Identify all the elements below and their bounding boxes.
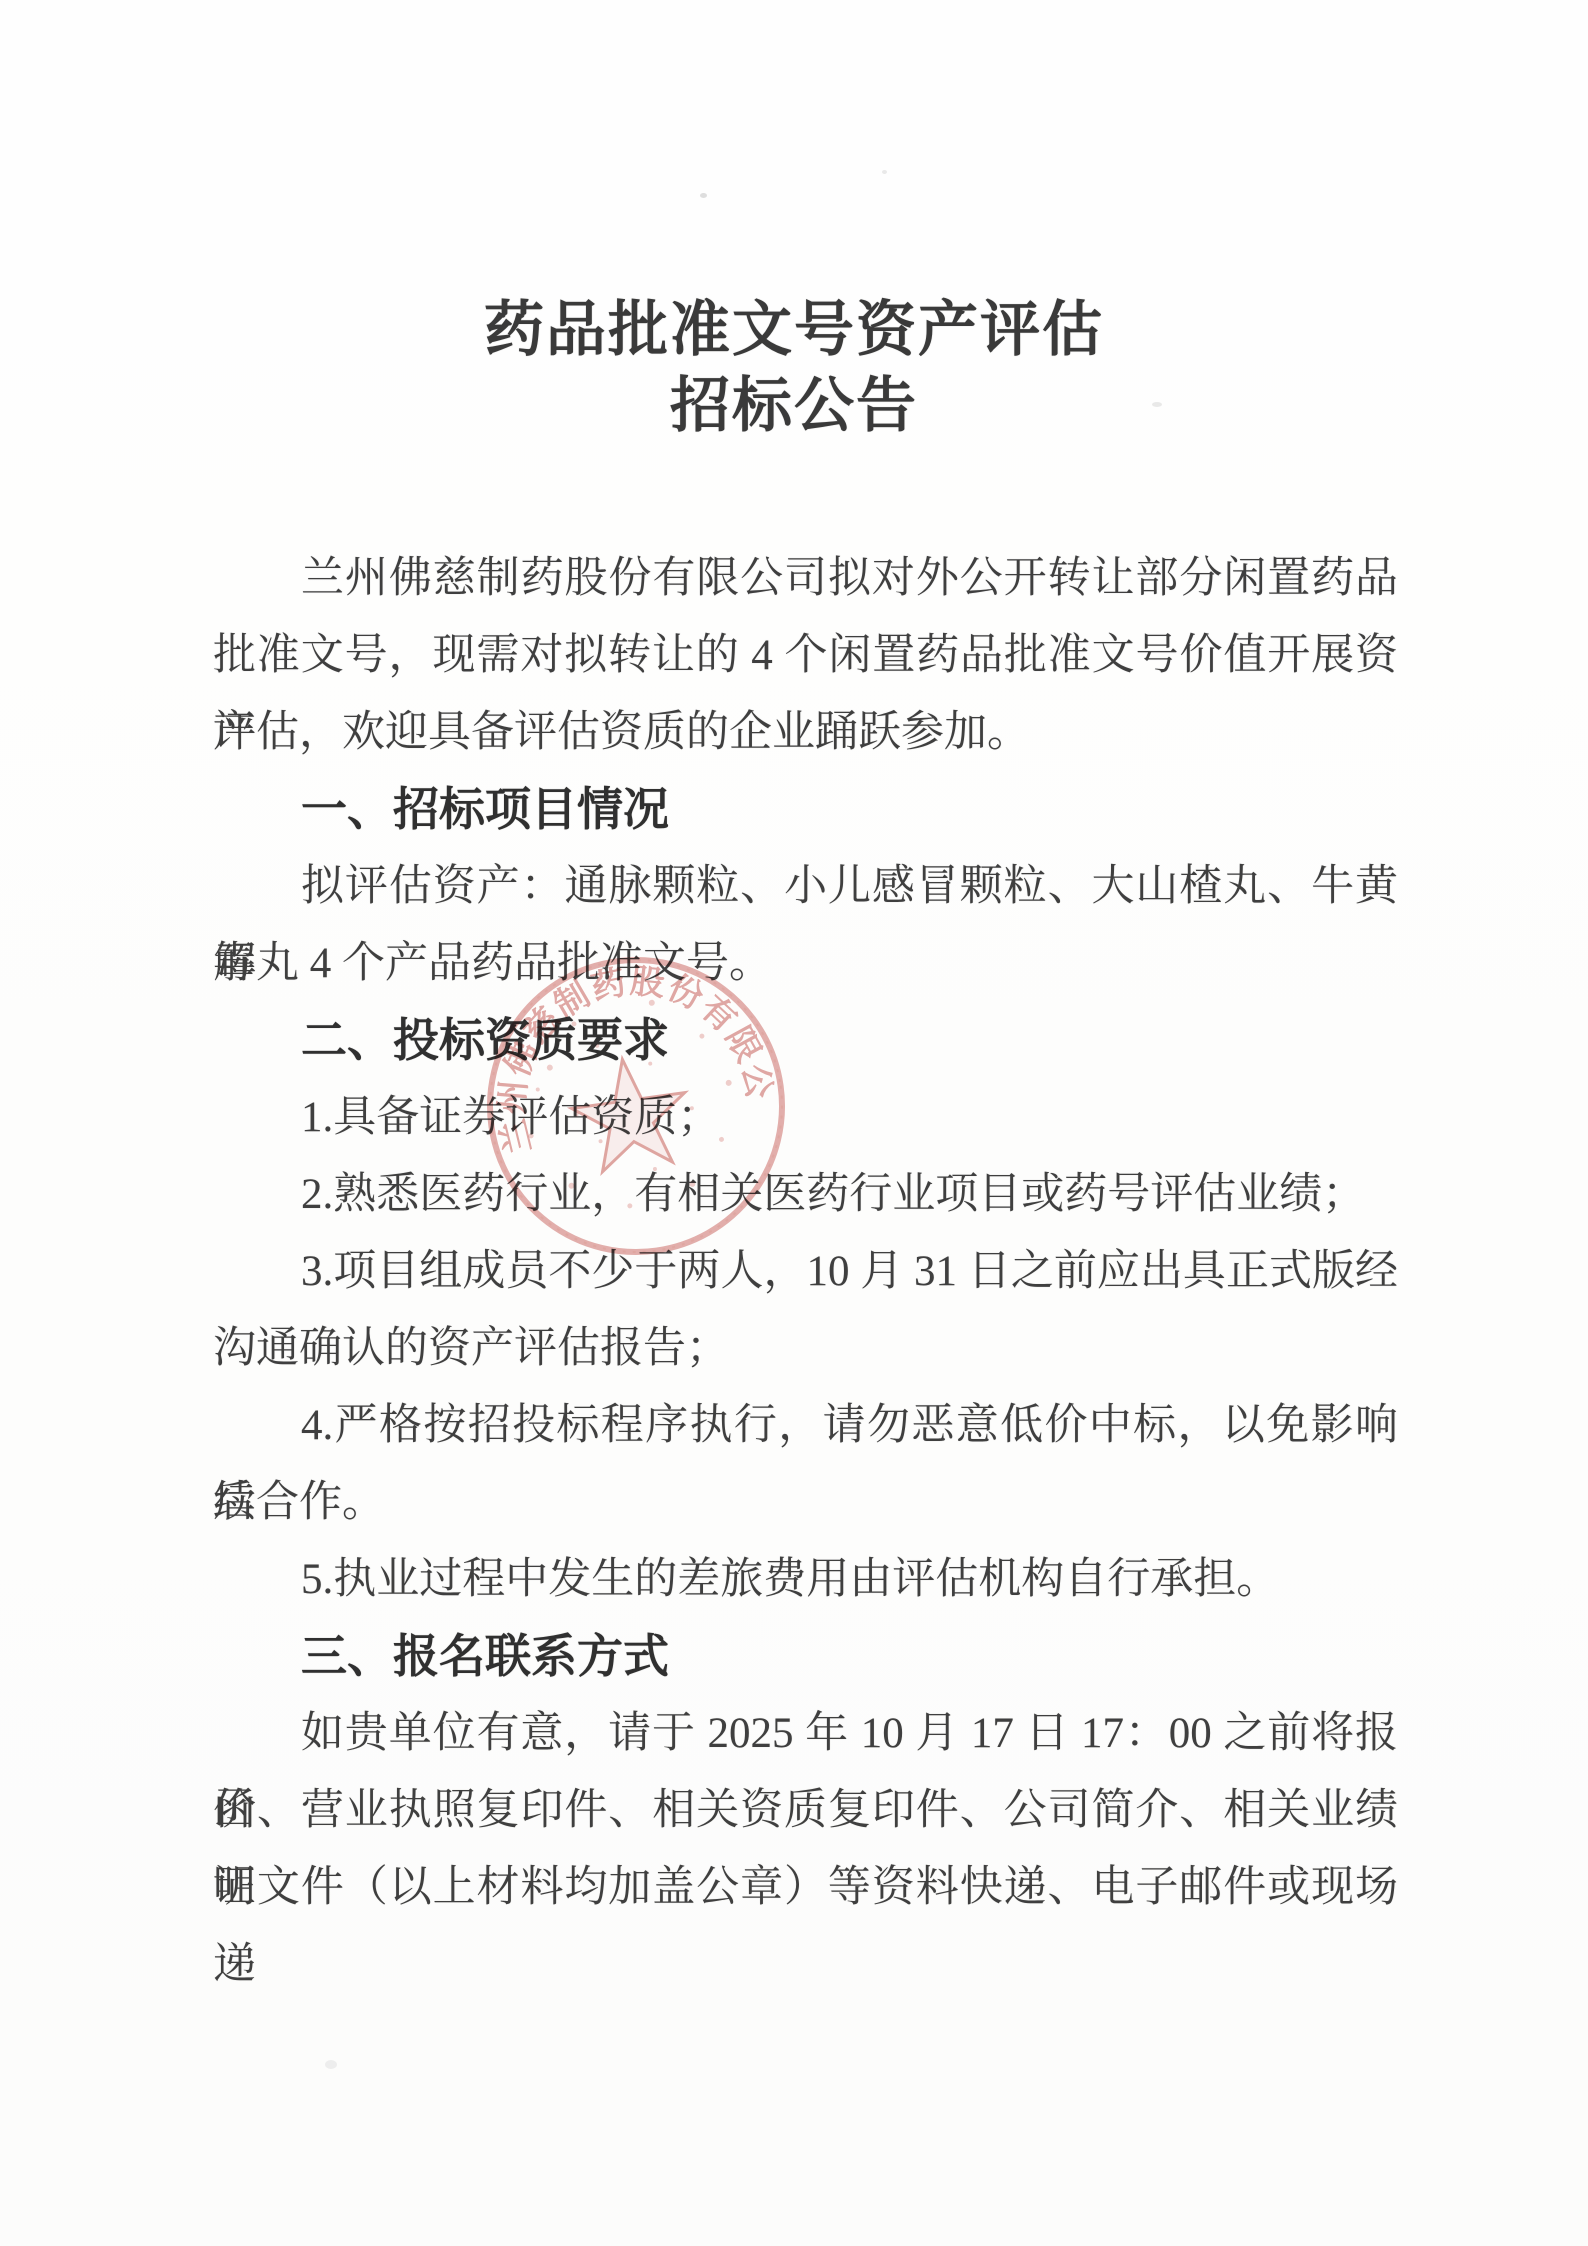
paragraph-line: 兰州佛慈制药股份有限公司拟对外公开转让部分闲置药品: [213, 540, 1398, 617]
document-title: 药品批准文号资产评估 招标公告: [0, 292, 1588, 444]
paragraph-line: 评估，欢迎具备评估资质的企业踊跃参加。: [213, 694, 1398, 771]
paragraph-line: 续合作。: [213, 1464, 1398, 1541]
list-item: 2.熟悉医药行业，有相关医药行业项目或药号评估业绩；: [213, 1156, 1398, 1233]
paragraph-line: 批准文号，现需对拟转让的 4 个闲置药品批准文号价值开展资产: [213, 617, 1398, 694]
document-page: 药品批准文号资产评估 招标公告 兰州佛慈制药股份有限公司拟对外公开转让部分闲置药…: [0, 0, 1588, 2246]
scan-artifact: [882, 170, 887, 174]
paragraph-line: 函、营业执照复印件、相关资质复印件、公司简介、相关业绩证: [213, 1772, 1398, 1849]
scan-artifact: [325, 2060, 337, 2069]
section-heading-2: 二、投标资质要求: [213, 1002, 1398, 1079]
paragraph-line: 拟评估资产：通脉颗粒、小儿感冒颗粒、大山楂丸、牛黄解: [213, 848, 1398, 925]
list-item: 3.项目组成员不少于两人，10 月 31 日之前应出具正式版经: [213, 1233, 1398, 1310]
scan-artifact: [700, 193, 707, 198]
document-body: 兰州佛慈制药股份有限公司拟对外公开转让部分闲置药品 批准文号，现需对拟转让的 4…: [213, 540, 1398, 1926]
list-item: 4.严格按招投标程序执行，请勿恶意低价中标，以免影响后: [213, 1387, 1398, 1464]
section-heading-1: 一、招标项目情况: [213, 771, 1398, 848]
paragraph-line: 如贵单位有意，请于 2025 年 10 月 17 日 17：00 之前将报价: [213, 1695, 1398, 1772]
document-title-line2: 招标公告: [0, 368, 1588, 444]
document-title-line1: 药品批准文号资产评估: [0, 292, 1588, 368]
list-item: 1.具备证券评估资质；: [213, 1079, 1398, 1156]
scan-artifact: [1152, 402, 1162, 407]
section-heading-3: 三、报名联系方式: [213, 1618, 1398, 1695]
paragraph-line: 沟通确认的资产评估报告；: [213, 1310, 1398, 1387]
paragraph-line: 明文件（以上材料均加盖公章）等资料快递、电子邮件或现场递: [213, 1849, 1398, 1926]
paragraph-line: 毒丸 4 个产品药品批准文号。: [213, 925, 1398, 1002]
list-item: 5.执业过程中发生的差旅费用由评估机构自行承担。: [213, 1541, 1398, 1618]
